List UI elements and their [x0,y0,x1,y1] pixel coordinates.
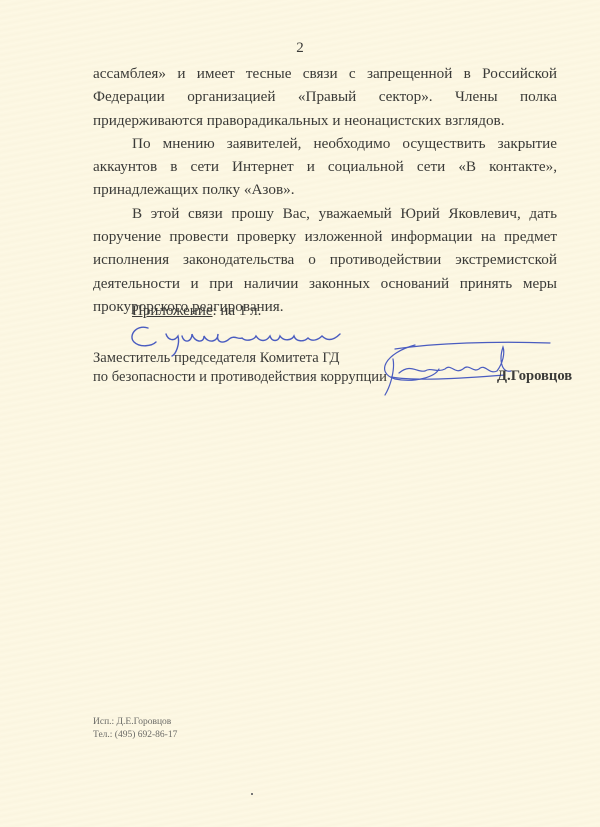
signer-title-line-1: Заместитель председателя Комитета ГД [93,349,387,368]
attachment-label: Приложение [132,303,213,319]
executor-phone: Тел.: (495) 692-86-17 [93,729,177,742]
signer-title-line-2: по безопасности и противодействия корруп… [93,368,387,387]
signature-block: Заместитель председателя Комитета ГД по … [93,349,387,387]
paragraph-3: В этой связи прошу Вас, уважаемый Юрий Я… [93,202,557,318]
signer-name: Д.Горовцов [497,368,572,385]
letter-body: ассамблея» и имеет тесные связи с запрещ… [93,62,557,318]
paper-speck [251,793,253,795]
page-number: 2 [0,40,600,57]
attachment-value: : на 1 л. [213,303,262,319]
paragraph-1: ассамблея» и имеет тесные связи с запрещ… [93,62,557,132]
executor-name: Исп.: Д.Е.Горовцов [93,716,177,729]
document-page: 2 ассамблея» и имеет тесные связи с запр… [0,0,600,827]
paragraph-2: По мнению заявителей, необходимо осущест… [93,132,557,202]
executor-info: Исп.: Д.Е.Горовцов Тел.: (495) 692-86-17 [93,716,177,741]
